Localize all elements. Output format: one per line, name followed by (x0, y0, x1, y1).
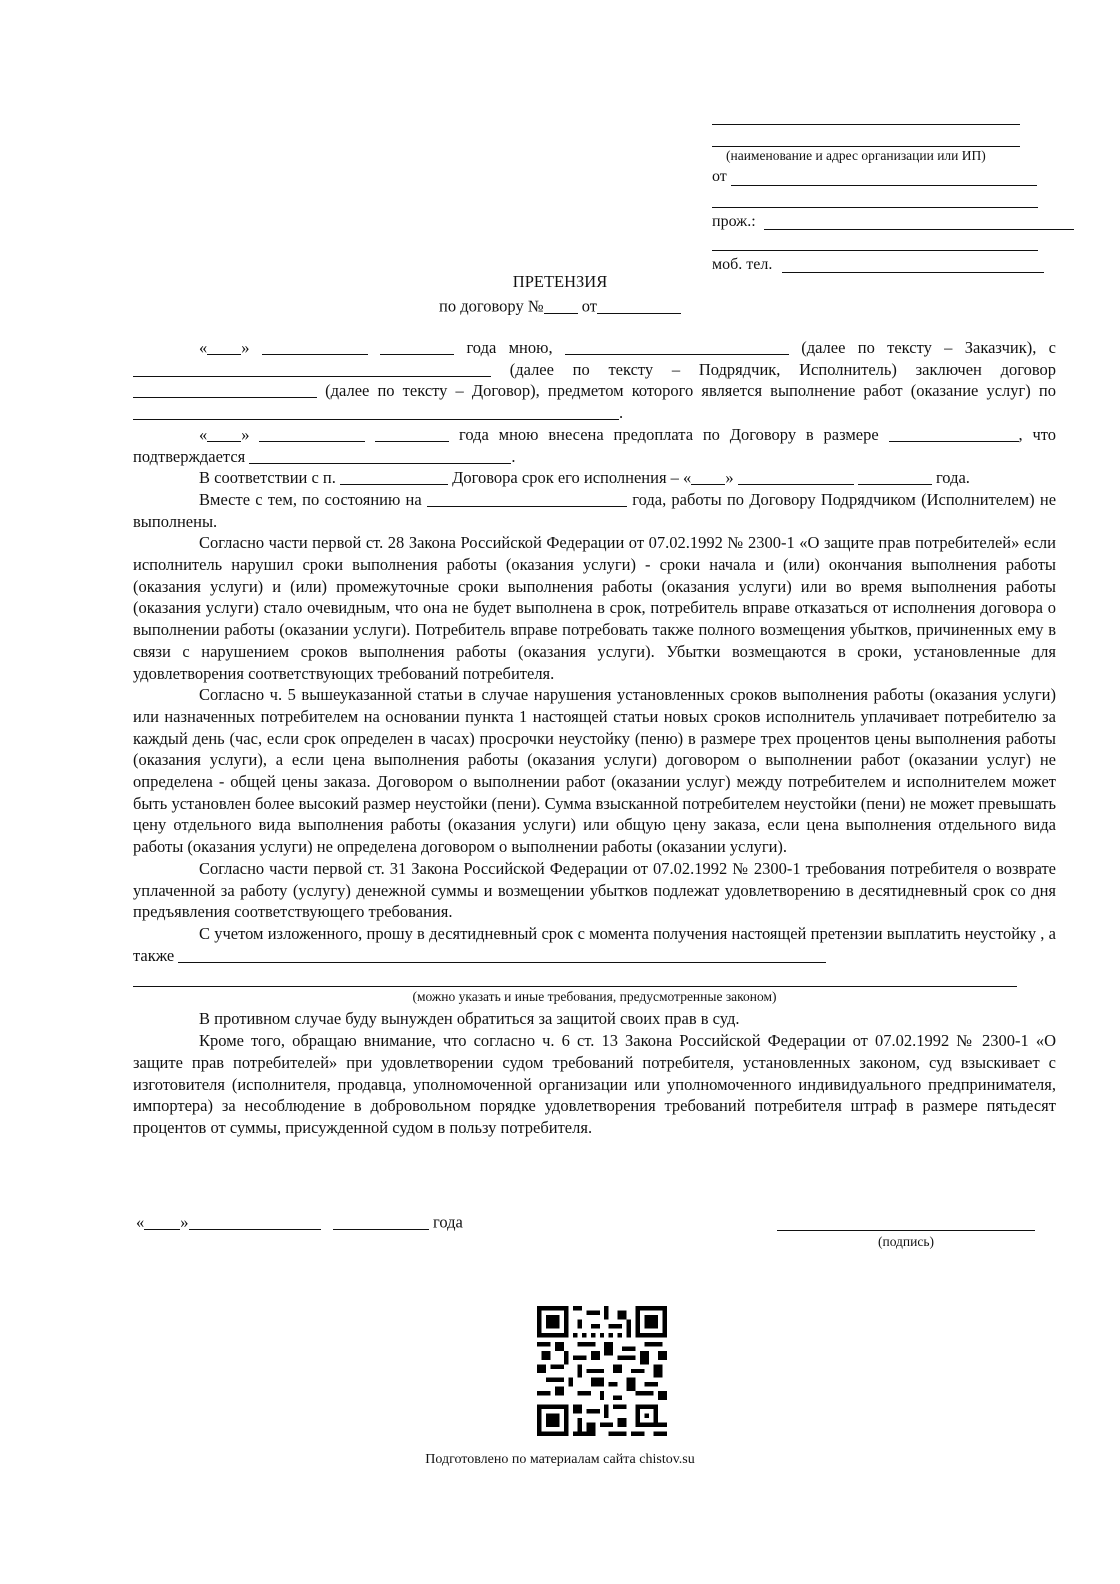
prepayment-amount-field[interactable] (889, 424, 1019, 442)
contract-number-label: по договору № (439, 297, 544, 316)
deadline-day-field[interactable] (691, 468, 725, 486)
deadline-year-field[interactable] (858, 468, 932, 486)
source-footer: Подготовлено по материалам сайта chistov… (0, 1452, 1120, 1468)
prepayment-month-field[interactable] (259, 424, 365, 442)
paragraph-not-fulfilled: Вместе с тем, по состоянию на года, рабо… (133, 489, 1056, 532)
contract-details-field[interactable] (133, 381, 317, 399)
paragraph-contract: «» года мною, (далее по тексту – Заказчи… (133, 337, 1056, 424)
sign-year-field[interactable] (333, 1212, 429, 1230)
document-subtitle: по договору № от (0, 296, 1120, 317)
claim-body: «» года мною, (далее по тексту – Заказчи… (133, 337, 1056, 1139)
residence-label: прож.: (712, 213, 756, 231)
contract-year-field[interactable] (380, 338, 454, 356)
work-subject-field[interactable] (133, 403, 619, 421)
from-line-2[interactable] (712, 207, 1038, 208)
clause-number-field[interactable] (340, 468, 448, 486)
prepayment-year-field[interactable] (375, 424, 449, 442)
prepayment-day-field[interactable] (207, 424, 241, 442)
addressee-line-1[interactable] (712, 124, 1020, 125)
from-label: от (712, 168, 727, 186)
paragraph-demand: С учетом изложенного, прошу в десятиднев… (133, 923, 1056, 966)
paragraph-law-art28: Согласно части первой ст. 28 Закона Росс… (133, 532, 1056, 684)
contractor-name-field[interactable] (133, 359, 491, 377)
other-demands-caption: (можно указать и иные требования, предус… (133, 987, 1056, 1006)
status-date-field[interactable] (427, 489, 627, 507)
document-page: (наименование и адрес организации или ИП… (0, 0, 1120, 1584)
contract-date-field[interactable] (597, 296, 681, 314)
paragraph-court-warning: В противном случае буду вынужден обратит… (133, 1008, 1056, 1030)
contract-date-label: от (582, 297, 597, 316)
residence-field[interactable] (764, 229, 1074, 230)
document-title: ПРЕТЕНЗИЯ (0, 272, 1120, 292)
prepayment-proof-field[interactable] (249, 446, 511, 464)
customer-name-field[interactable] (565, 338, 789, 356)
residence-line-2[interactable] (712, 250, 1038, 251)
paragraph-fine-notice: Кроме того, обращаю внимание, что соглас… (133, 1030, 1056, 1139)
qr-code-icon (537, 1306, 667, 1436)
other-demands-field[interactable] (178, 945, 826, 963)
signature-field[interactable] (777, 1230, 1035, 1231)
sign-month-field[interactable] (189, 1212, 321, 1230)
paragraph-law-art28-part5: Согласно ч. 5 вышеуказанной статьи в слу… (133, 684, 1056, 858)
contract-month-field[interactable] (262, 338, 368, 356)
sign-day-field[interactable] (144, 1212, 180, 1230)
deadline-month-field[interactable] (738, 468, 854, 486)
paragraph-law-art31: Согласно части первой ст. 31 Закона Росс… (133, 858, 1056, 923)
addressee-line-2[interactable] (712, 146, 1020, 147)
contract-number-field[interactable] (544, 296, 578, 314)
paragraph-deadline: В соответствии с п. Договора срок его ис… (133, 467, 1056, 489)
paragraph-prepayment: «» года мною внесена предоплата по Догов… (133, 424, 1056, 467)
date-signature-row: «» года (подпись) (133, 1212, 1056, 1252)
contract-day-field[interactable] (207, 338, 241, 356)
addressee-caption: (наименование и адрес организации или ИП… (726, 148, 986, 164)
signature-caption: (подпись) (777, 1234, 1035, 1250)
from-field[interactable] (731, 185, 1037, 186)
sign-date: «» года (136, 1212, 463, 1233)
